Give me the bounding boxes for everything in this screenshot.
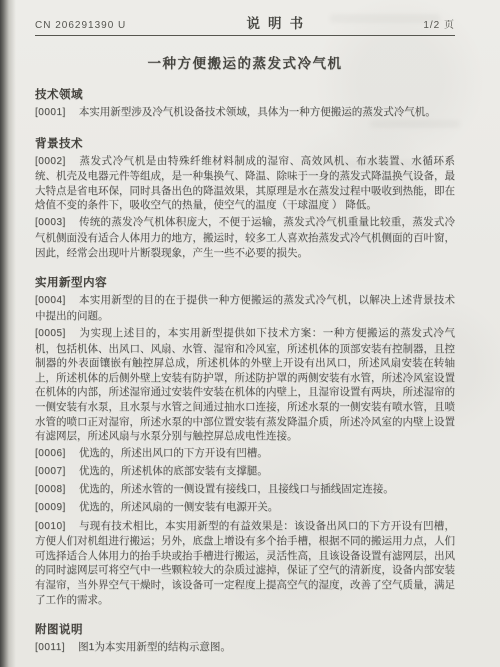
- paragraph: [0010]与现有技术相比，本实用新型的有益效果是：该设备出风口的下方开设有凹槽…: [35, 519, 455, 608]
- paragraph-text: 优选的，所述机体的底部安装有支撑腿。: [79, 465, 268, 477]
- section-heading: 实用新型内容: [35, 276, 455, 291]
- section: 背景技术[0002]蒸发式冷气机是由特殊纤维材料制成的湿帘、高效风机、布水装置、…: [35, 137, 455, 261]
- paragraph-number: [0007]: [35, 466, 66, 477]
- paragraph-text: 本实用新型的目的在于提供一种方便搬运的蒸发式冷气机，以解决上述背景技术中提出的问…: [35, 294, 455, 322]
- paragraph: [0005]为实现上述目的，本实用新型提供如下技术方案：一种方便搬运的蒸发式冷气…: [35, 326, 455, 444]
- paragraph-text: 优选的，所述水管的一侧设置有接线口，且接线口与插线固定连接。: [79, 483, 394, 495]
- paragraph: [0009]优选的，所述风扇的一侧安装有电源开关。: [35, 500, 455, 516]
- patent-document-page: CN 206291390 U 说明书 1/2 页 一种方便搬运的蒸发式冷气机 技…: [0, 0, 500, 667]
- paragraph-number: [0002]: [35, 156, 66, 167]
- paragraph-number: [0011]: [35, 642, 65, 653]
- paragraph-text: 与现有技术相比，本实用新型的有益效果是：该设备出风口的下方开设有凹槽，方便人们对…: [35, 520, 455, 606]
- paragraph: [0007]优选的，所述机体的底部安装有支撑腿。: [35, 464, 455, 480]
- paragraph-text: 图1为本实用新型的结构示意图。: [78, 641, 231, 653]
- paragraph-number: [0010]: [35, 521, 66, 532]
- paragraph-number: [0005]: [35, 328, 66, 339]
- paragraph-number: [0008]: [35, 484, 66, 495]
- paragraph: [0003]传统的蒸发冷气机体积庞大，不便于运输，蒸发式冷气机重量比较重，蒸发式…: [35, 215, 455, 260]
- document-type-title: 说明书: [246, 12, 311, 32]
- invention-title: 一种方便搬运的蒸发式冷气机: [35, 52, 455, 72]
- header-rule: [35, 35, 455, 36]
- section: 技术领域[0001]本实用新型涉及冷气机设备技术领域，具体为一种方便搬运的蒸发式…: [35, 88, 455, 121]
- section: 附图说明[0011]图1为本实用新型的结构示意图。: [35, 623, 455, 656]
- page-header: CN 206291390 U 说明书 1/2 页: [35, 12, 455, 32]
- paragraph-number: [0003]: [35, 217, 66, 228]
- paragraph-text: 本实用新型涉及冷气机设备技术领域，具体为一种方便搬运的蒸发式冷气机。: [79, 106, 436, 118]
- paragraph-text: 优选的，所述风扇的一侧安装有电源开关。: [79, 501, 279, 513]
- document-body: 技术领域[0001]本实用新型涉及冷气机设备技术领域，具体为一种方便搬运的蒸发式…: [35, 88, 455, 656]
- paragraph-number: [0004]: [35, 295, 66, 306]
- paragraph: [0002]蒸发式冷气机是由特殊纤维材料制成的湿帘、高效风机、布水装置、水循环系…: [35, 154, 455, 213]
- paragraph-number: [0009]: [35, 502, 66, 513]
- paragraph-text: 传统的蒸发冷气机体积庞大，不便于运输，蒸发式冷气机重量比较重，蒸发式冷气机侧面没…: [35, 216, 455, 258]
- paragraph-text: 优选的，所述出风口的下方开设有凹槽。: [79, 447, 268, 459]
- paragraph: [0008]优选的，所述水管的一侧设置有接线口，且接线口与插线固定连接。: [35, 482, 455, 498]
- paragraph: [0011]图1为本实用新型的结构示意图。: [35, 640, 455, 656]
- paragraph-number: [0001]: [35, 107, 66, 118]
- paragraph-number: [0006]: [35, 448, 66, 459]
- section-heading: 附图说明: [35, 623, 455, 638]
- section: 实用新型内容[0004]本实用新型的目的在于提供一种方便搬运的蒸发式冷气机，以解…: [35, 276, 455, 607]
- paragraph: [0001]本实用新型涉及冷气机设备技术领域，具体为一种方便搬运的蒸发式冷气机。: [35, 105, 455, 121]
- paragraph-text: 为实现上述目的，本实用新型提供如下技术方案：一种方便搬运的蒸发式冷气机，包括机体…: [35, 327, 455, 442]
- section-heading: 背景技术: [35, 137, 455, 152]
- paragraph: [0006]优选的，所述出风口的下方开设有凹槽。: [35, 446, 455, 462]
- section-heading: 技术领域: [35, 88, 455, 103]
- paragraph: [0004]本实用新型的目的在于提供一种方便搬运的蒸发式冷气机，以解决上述背景技…: [35, 293, 455, 323]
- publication-number: CN 206291390 U: [35, 20, 126, 31]
- paragraph-text: 蒸发式冷气机是由特殊纤维材料制成的湿帘、高效风机、布水装置、水循环系统、机壳及电…: [35, 155, 455, 212]
- page-number-indicator: 1/2 页: [423, 16, 455, 31]
